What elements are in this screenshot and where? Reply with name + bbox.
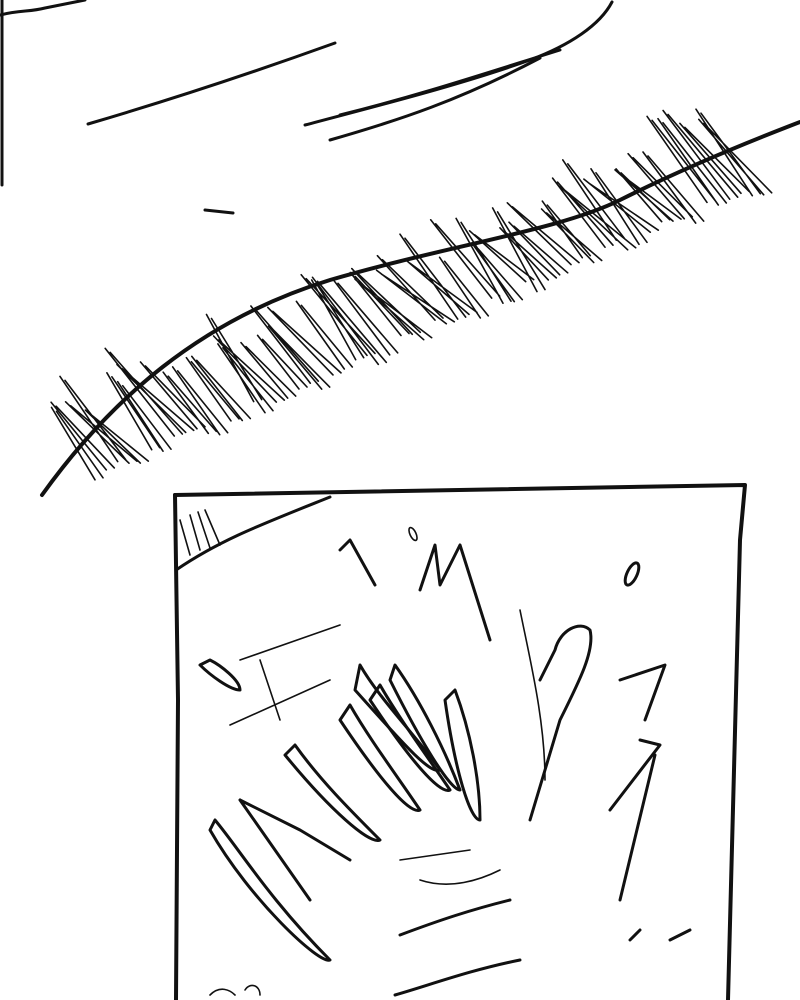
explosion — [200, 526, 690, 995]
sky-strokes — [0, 0, 612, 213]
panel-frame — [175, 485, 745, 1000]
sketch-canvas — [0, 0, 800, 1000]
hillside — [42, 109, 800, 495]
